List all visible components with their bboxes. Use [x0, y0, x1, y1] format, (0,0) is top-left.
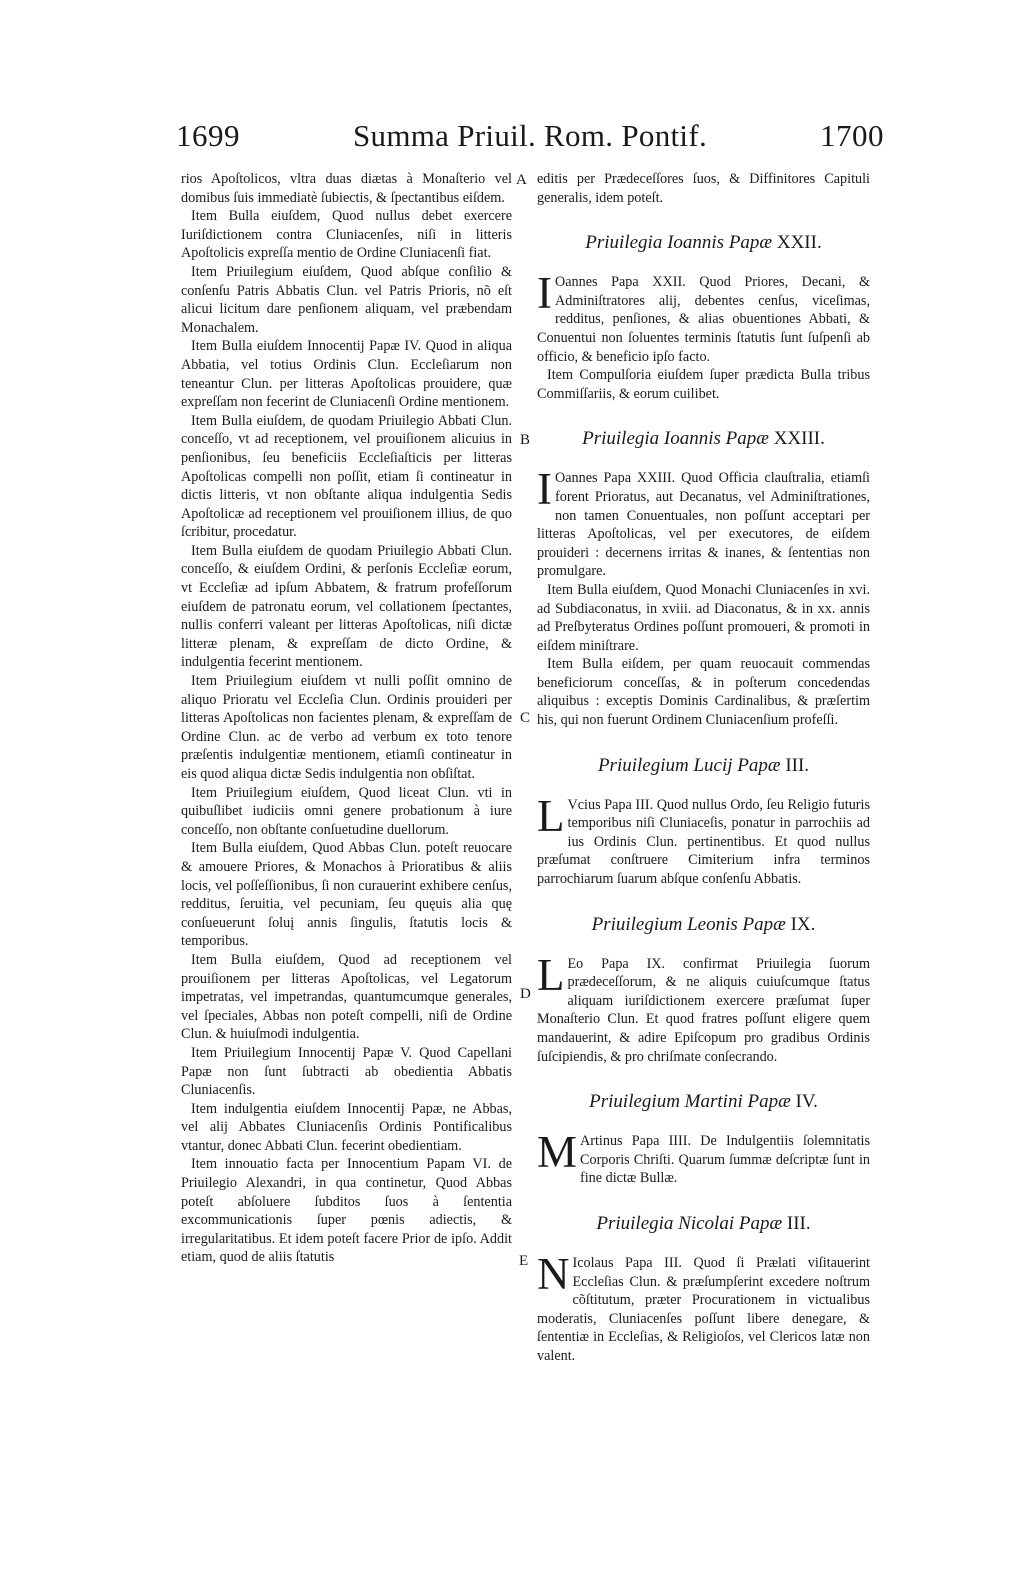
paragraph: Item Bulla eiuſdem, de quodam Priuilegio…: [181, 412, 512, 542]
lead-text: Artinus Papa IIII. De Indulgentiis ſolem…: [580, 1133, 870, 1186]
margin-letter-a: A: [516, 172, 527, 189]
lead-text: Oannes Papa XXIII. Quod Officia clauſtra…: [537, 470, 870, 579]
lead-text: Vcius Papa III. Quod nullus Ordo, ſeu Re…: [537, 797, 870, 887]
margin-letter-e: E: [519, 1253, 528, 1270]
margin-letter-c: C: [520, 710, 530, 727]
paragraph: Item Bulla eiuſdem, Quod nullus debet ex…: [181, 207, 512, 263]
continuation-paragraph: editis per Prædeceſſores ſuos, & Diffini…: [537, 170, 870, 207]
section-heading: Priuilegium Lucij Papæ III.: [537, 754, 870, 778]
heading-text: Priuilegia Ioannis Papæ: [585, 232, 772, 253]
folio-right: 1700: [820, 118, 884, 154]
paragraph: Item indulgentia eiuſdem Innocentij Papæ…: [181, 1100, 512, 1156]
paragraph: rios Apoſtolicos, vltra duas diætas à Mo…: [181, 170, 512, 207]
paragraph: Item Bulla eiuſdem, Quod ad receptionem …: [181, 951, 512, 1044]
right-column: editis per Prædeceſſores ſuos, & Diffini…: [537, 170, 870, 1366]
heading-number: IV.: [796, 1091, 818, 1112]
heading-number: XXII.: [777, 232, 822, 253]
lead-text: Icolaus Papa III. Quod ſi Prælati viſita…: [537, 1255, 870, 1364]
paragraph: Item innouatio facta per Innocentium Pap…: [181, 1155, 512, 1267]
heading-number: IX.: [791, 914, 816, 935]
paragraph: Item Bulla eiuſdem de quodam Priuilegio …: [181, 542, 512, 672]
heading-text: Priuilegium Lucij Papæ: [598, 755, 781, 776]
running-title: Summa Priuil. Rom. Pontif.: [342, 118, 718, 154]
drop-cap: L: [537, 798, 565, 834]
folio-left: 1699: [176, 118, 240, 154]
paragraph: Item Bulla eiuſdem, Quod Abbas Clun. pot…: [181, 839, 512, 951]
heading-text: Priuilegia Nicolai Papæ: [596, 1213, 782, 1234]
lead-text: Eo Papa IX. confirmat Priuilegia ſuorum …: [537, 956, 870, 1065]
running-head: 1699 Summa Priuil. Rom. Pontif. 1700: [176, 118, 884, 158]
paragraph: Item Bulla eiuſdem, Quod Monachi Cluniac…: [537, 581, 870, 655]
drop-cap: I: [537, 471, 552, 507]
drop-cap: N: [537, 1256, 570, 1292]
section-lead: IOannes Papa XXIII. Quod Officia clauſtr…: [537, 469, 870, 581]
paragraph: Item Bulla eiſdem, per quam reuocauit co…: [537, 655, 870, 729]
paragraph: Item Priuilegium Innocentij Papæ V. Quod…: [181, 1044, 512, 1100]
drop-cap: M: [537, 1134, 577, 1170]
heading-number: III.: [787, 1213, 811, 1234]
paragraph: Item Priuilegium eiuſdem vt nulli poſſit…: [181, 672, 512, 784]
heading-text: Priuilegium Martini Papæ: [589, 1091, 791, 1112]
paragraph: Item Priuilegium eiuſdem, Quod abſque co…: [181, 263, 512, 337]
section-heading: Priuilegium Leonis Papæ IX.: [537, 913, 870, 937]
left-column: rios Apoſtolicos, vltra duas diætas à Mo…: [181, 170, 512, 1267]
lead-text: Oannes Papa XXII. Quod Priores, Decani, …: [537, 274, 870, 364]
drop-cap: I: [537, 275, 552, 311]
paragraph: Item Compulſoria eiuſdem ſuper prædicta …: [537, 366, 870, 403]
paragraph: Item Bulla eiuſdem Innocentij Papæ IV. Q…: [181, 337, 512, 411]
section-heading: Priuilegia Nicolai Papæ III.: [537, 1212, 870, 1236]
section-lead: LEo Papa IX. confirmat Priuilegia ſuorum…: [537, 955, 870, 1067]
paragraph: Item Priuilegium eiuſdem, Quod liceat Cl…: [181, 784, 512, 840]
section-lead: LVcius Papa III. Quod nullus Ordo, ſeu R…: [537, 796, 870, 889]
heading-text: Priuilegia Ioannis Papæ: [582, 428, 769, 449]
margin-letter-b: B: [520, 432, 530, 449]
section-lead: NIcolaus Papa III. Quod ſi Prælati viſit…: [537, 1254, 870, 1366]
heading-number: XXIII.: [774, 428, 825, 449]
heading-text: Priuilegium Leonis Papæ: [592, 914, 786, 935]
section-lead: IOannes Papa XXII. Quod Priores, Decani,…: [537, 273, 870, 366]
margin-letter-d: D: [520, 986, 531, 1003]
section-heading: Priuilegium Martini Papæ IV.: [537, 1090, 870, 1114]
section-lead: MArtinus Papa IIII. De Indulgentiis ſole…: [537, 1132, 870, 1188]
section-heading: Priuilegia Ioannis Papæ XXIII.: [537, 427, 870, 451]
section-heading: Priuilegia Ioannis Papæ XXII.: [537, 231, 870, 255]
heading-number: III.: [785, 755, 809, 776]
drop-cap: L: [537, 957, 565, 993]
